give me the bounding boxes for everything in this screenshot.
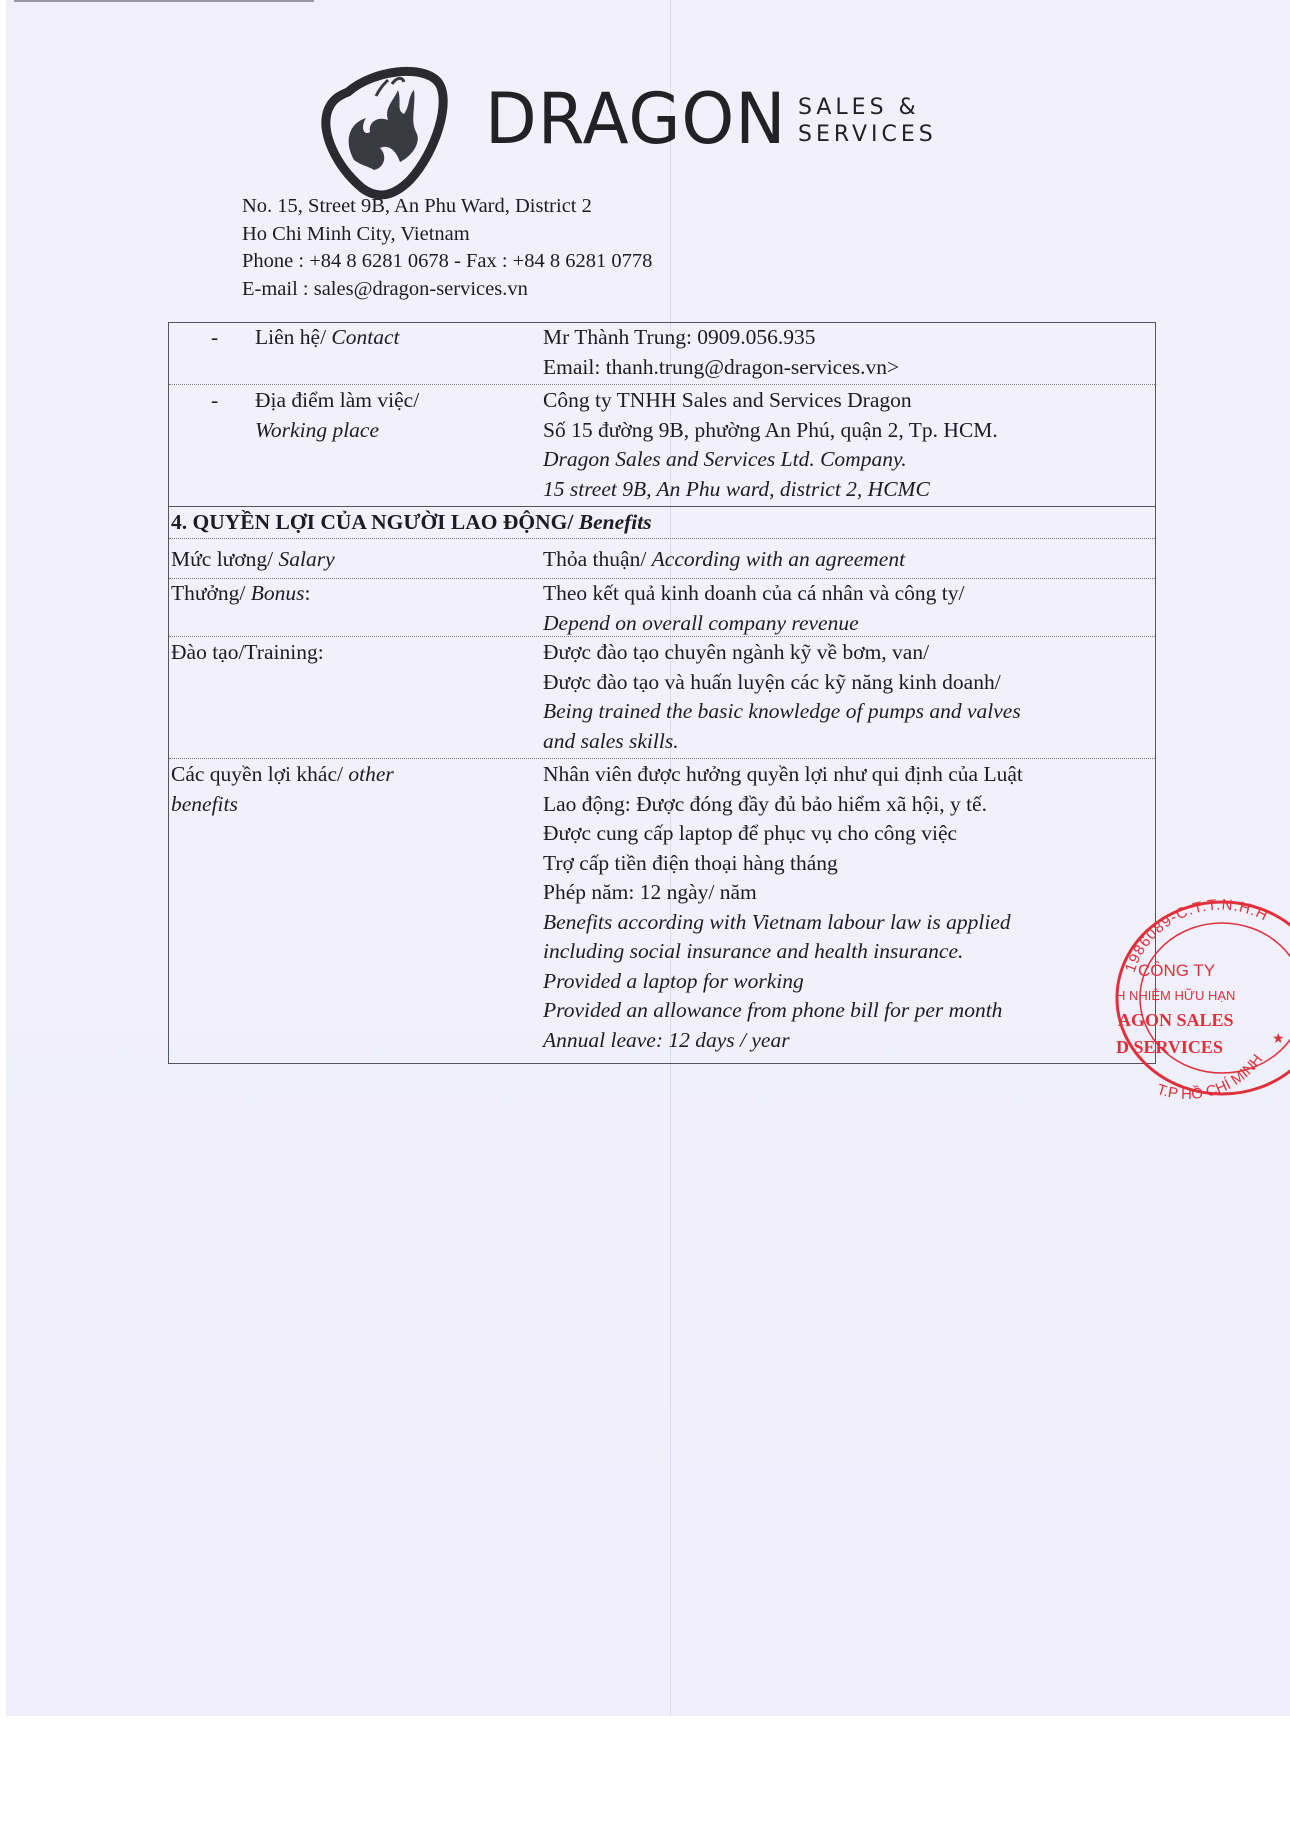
section-heading-vi: 4. QUYỀN LỢI CỦA NGƯỜI LAO ĐỘNG/ — [171, 510, 579, 534]
bonus-value: Theo kết quả kinh doanh của cá nhân và c… — [543, 579, 965, 638]
brand-subtitle: SALES & SERVICES — [798, 94, 937, 148]
training-line: Được đào tạo chuyên ngành kỹ về bơm, van… — [543, 638, 1021, 668]
bonus-label-suffix: : — [305, 581, 311, 605]
brand-subtitle-line1: SALES & — [798, 94, 937, 121]
contact-phone: Mr Thành Trung: 0909.056.935 — [543, 323, 899, 353]
salary-label-vi: Mức lương/ — [171, 547, 279, 571]
contact-value: Mr Thành Trung: 0909.056.935 Email: than… — [543, 323, 899, 382]
other-benefits-label-en: other — [348, 762, 393, 786]
bullet-dash: - — [211, 323, 218, 353]
salary-value-vi: Thỏa thuận/ — [543, 547, 652, 571]
bonus-value-en: Depend on overall company revenue — [543, 611, 859, 635]
salary-label: Mức lương/ Salary — [171, 545, 335, 575]
address-line: Ho Chi Minh City, Vietnam — [242, 221, 652, 249]
benefit-line: Được cung cấp laptop để phục vụ cho công… — [543, 819, 1023, 849]
company-name-en: Dragon Sales and Services Ltd. Company. — [543, 447, 907, 471]
company-name-vi: Công ty TNHH Sales and Services Dragon — [543, 386, 998, 416]
company-address-vi: Số 15 đường 9B, phường An Phú, quận 2, T… — [543, 416, 998, 446]
address-line: No. 15, Street 9B, An Phu Ward, District… — [242, 193, 652, 221]
row-divider — [169, 506, 1155, 507]
salary-value: Thỏa thuận/ According with an agreement — [543, 545, 905, 575]
benefit-line-en: Provided a laptop for working — [543, 969, 804, 993]
benefit-line: Lao động: Được đóng đầy đủ bảo hiểm xã h… — [543, 790, 1023, 820]
section-heading-en: Benefits — [579, 510, 652, 534]
brand-subtitle-line2: SERVICES — [798, 121, 937, 148]
benefit-line: Trợ cấp tiền điện thoại hàng tháng — [543, 849, 1023, 879]
contact-email: Email: thanh.trung@dragon-services.vn> — [543, 353, 899, 383]
other-benefits-value: Nhân viên được hưởng quyền lợi như qui đ… — [543, 760, 1023, 1055]
section-heading-benefits: 4. QUYỀN LỢI CỦA NGƯỜI LAO ĐỘNG/ Benefit… — [171, 508, 652, 538]
job-details-table: - Liên hệ/ Contact Mr Thành Trung: 0909.… — [168, 322, 1156, 1064]
bonus-label-vi: Thưởng/ — [171, 581, 251, 605]
benefit-line: Nhân viên được hưởng quyền lợi như qui đ… — [543, 760, 1023, 790]
working-place-label-en: Working place — [255, 418, 379, 442]
salary-label-en: Salary — [279, 547, 335, 571]
benefit-line-en: Annual leave: 12 days / year — [543, 1028, 790, 1052]
contact-label-vi: Liên hệ/ — [255, 325, 331, 349]
training-line: Được đào tạo và huấn luyện các kỹ năng k… — [543, 668, 1021, 698]
benefit-line: Phép năm: 12 ngày/ năm — [543, 878, 1023, 908]
company-address: No. 15, Street 9B, An Phu Ward, District… — [242, 193, 652, 303]
row-divider — [169, 384, 1155, 385]
other-benefits-label-en: benefits — [171, 792, 238, 816]
brand-name: DRAGON — [485, 84, 787, 154]
working-place-value: Công ty TNHH Sales and Services Dragon S… — [543, 386, 998, 504]
benefit-line-en: Provided an allowance from phone bill fo… — [543, 998, 1002, 1022]
dragon-emblem-icon — [318, 62, 448, 200]
phone-fax-line: Phone : +84 8 6281 0678 - Fax : +84 8 62… — [242, 248, 652, 276]
benefit-line-en: Benefits according with Vietnam labour l… — [543, 910, 1011, 934]
other-benefits-label-vi: Các quyền lợi khác/ — [171, 762, 348, 786]
email-line: E-mail : sales@dragon-services.vn — [242, 276, 652, 304]
row-divider — [169, 758, 1155, 759]
bonus-label: Thưởng/ Bonus: — [171, 579, 311, 609]
scan-edge — [14, 0, 314, 2]
training-line-en: Being trained the basic knowledge of pum… — [543, 699, 1021, 723]
row-divider — [169, 538, 1155, 539]
bonus-value-vi: Theo kết quả kinh doanh của cá nhân và c… — [543, 579, 965, 609]
bonus-label-en: Bonus — [251, 581, 305, 605]
company-address-en: 15 street 9B, An Phu ward, district 2, H… — [543, 477, 930, 501]
training-label: Đào tạo/Training: — [171, 638, 324, 668]
contact-label-en: Contact — [331, 325, 399, 349]
training-value: Được đào tạo chuyên ngành kỹ về bơm, van… — [543, 638, 1021, 756]
salary-value-en: According with an agreement — [652, 547, 905, 571]
other-benefits-label: Các quyền lợi khác/ other benefits — [171, 760, 394, 819]
benefit-line-en: including social insurance and health in… — [543, 939, 963, 963]
training-line-en: and sales skills. — [543, 729, 679, 753]
working-place-label-vi: Địa điểm làm việc/ — [255, 386, 419, 416]
bullet-dash: - — [211, 386, 218, 416]
